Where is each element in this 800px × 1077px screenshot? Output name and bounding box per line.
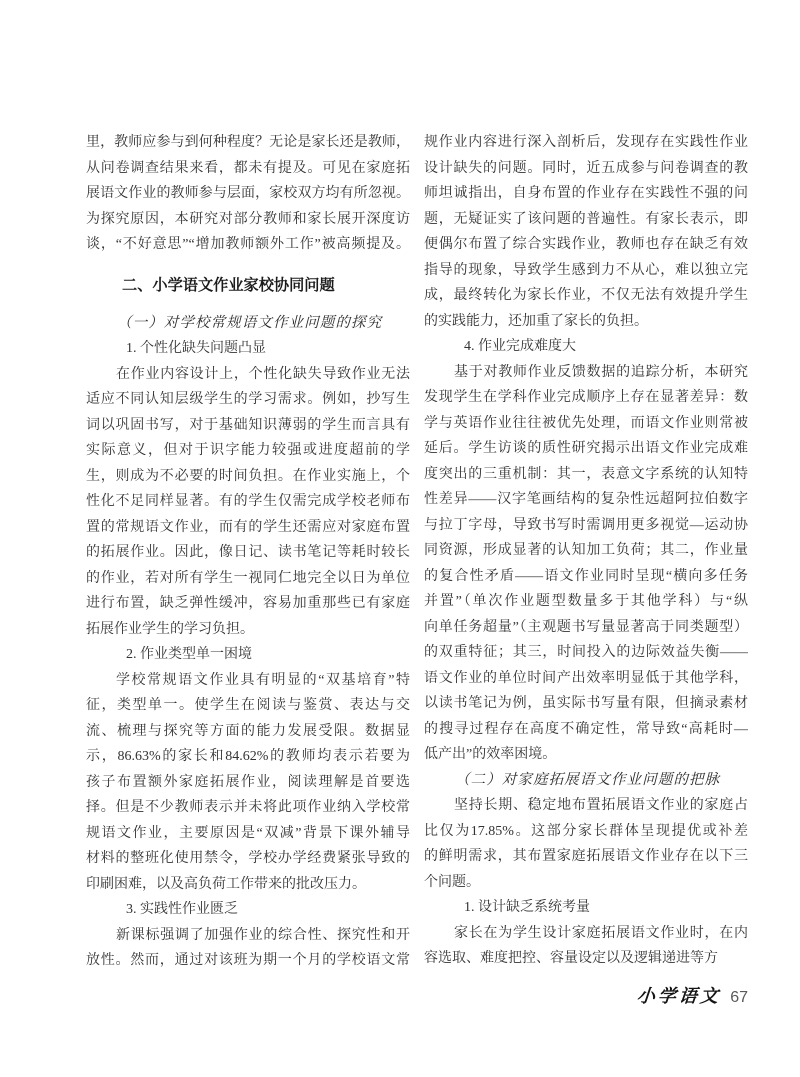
text-line: 展语文作业的教师参与层面，家校双方均有所忽视。 [86,181,410,207]
right-column: 规作业内容进行深入剖析后，发现存在实践性作业设计缺失的问题。同时，近五成参与问卷… [424,130,748,974]
text-line: 生，则成为不必要的时间负担。在作业实施上，个 [86,464,410,490]
text-line: 成，最终转化为家长作业，不仅无法有效提升学生 [424,283,748,309]
numbered-subheading: 4. 作业完成难度大 [424,334,748,360]
paragraph-last-line: 拓展作业学生的学习负担。 [86,617,410,643]
text-line: 征，类型单一。使学生在阅读与鉴赏、表达与交 [86,693,410,719]
text-line: 同资源，形成显著的认知加工负荷；其二，作业量 [424,538,748,564]
text-line: 进行布置，缺乏弹性缓冲，容易加重那些已有家庭 [86,591,410,617]
text-line: 材料的整班化使用禁令，学校办学经费紧张导致的 [86,846,410,872]
paragraph-last-line: 个问题。 [424,870,748,896]
paragraph-last-line: 印刷困难，以及高负荷工作带来的批改压力。 [86,872,410,898]
text-line: 指导的现象，导致学生感到力不从心，难以独立完 [424,258,748,284]
text-line: 的作业，若对所有学生一视同仁地完全以日为单位 [86,566,410,592]
text-line: 比仅为17.85%。这部分家长群体呈现提优或补差 [424,819,748,845]
text-line: 孩子布置额外家庭拓展作业，阅读理解是首要选 [86,770,410,796]
text-line: 里，教师应参与到何种程度？无论是家长还是教师， [86,130,410,156]
text-line: 置的常规语文作业，而有的学生还需应对家庭布置 [86,515,410,541]
text-line: 的拓展作业。因此，像日记、读书笔记等耗时较长 [86,540,410,566]
text-line: 的复合性矛盾——语文作业同时呈现“横向多任务 [424,564,748,590]
text-line: 性化不足同样显著。有的学生仅需完成学校老师布 [86,489,410,515]
paragraph-last-line: 容选取、难度把控、容量设定以及逻辑递进等方 [424,946,748,972]
text-line: 设计缺失的问题。同时，近五成参与问卷调查的教 [424,156,748,182]
text-line: 流、梳理与探究等方面的能力发展受限。数据显 [86,719,410,745]
paragraph-first-line: 学校常规语文作业具有明显的“双基培育”特 [86,668,410,694]
text-line: 择。但是不少教师表示并未将此项作业纳入学校常 [86,795,410,821]
text-line: 实际意义，但对于识字能力较强或进度超前的学 [86,438,410,464]
text-line: 谈，“不好意思”“增加教师额外工作”被高频提及。 [86,232,410,258]
text-line: 延后。学生访谈的质性研究揭示出语文作业完成难 [424,436,748,462]
text-line: 便偶尔布置了综合实践作业，教师也存在缺乏有效 [424,232,748,258]
paragraph-first-line: 新课标强调了加强作业的综合性、探究性和开 [86,923,410,949]
text-line: 为探究原因，本研究对部分教师和家长展开深度访 [86,207,410,233]
text-line: 发现学生在学科作业完成顺序上存在显著差异：数 [424,385,748,411]
paragraph-first-line: 基于对教师作业反馈数据的追踪分析，本研究 [424,360,748,386]
section-heading: 二、小学语文作业家校协同问题 [86,273,410,298]
journal-logo: 小学语文 [636,982,722,1008]
paragraph-first-line: 在作业内容设计上，个性化缺失导致作业无法 [86,362,410,388]
numbered-subheading: 2. 作业类型单一困境 [86,642,410,668]
paragraph-last-line: 低产出”的效率困境。 [424,742,748,768]
paragraph-first-line: 家长在为学生设计家庭拓展语文作业时，在内 [424,921,748,947]
text-line: 并置”（单次作业题型数量多于其他学科）与“纵 [424,589,748,615]
text-line: 规作业内容进行深入剖析后，发现存在实践性作业 [424,130,748,156]
paragraph-first-line: 坚持长期、稳定地布置拓展语文作业的家庭占 [424,793,748,819]
text-line: 师坦诚指出，自身布置的作业存在实践性不强的问 [424,181,748,207]
left-column: 里，教师应参与到何种程度？无论是家长还是教师，从问卷调查结果来看，都未有提及。可… [86,130,410,974]
article-body: 里，教师应参与到何种程度？无论是家长还是教师，从问卷调查结果来看，都未有提及。可… [86,130,748,974]
text-line: 度突出的三重机制：其一，表意文字系统的认知特 [424,462,748,488]
subsection-heading: （一）对学校常规语文作业问题的探究 [86,311,410,337]
text-line: 语文作业的单位时间产出效率明显低于其他学科， [424,666,748,692]
text-line: 学与英语作业往往被优先处理，而语文作业则常被 [424,411,748,437]
text-line: 性差异——汉字笔画结构的复杂性远超阿拉伯数字 [424,487,748,513]
text-line: 放性。然而，通过对该班为期一个月的学校语文常 [86,948,410,974]
text-line: 向单任务超量”（主观题书写量显著高于同类题型） [424,615,748,641]
page: 里，教师应参与到何种程度？无论是家长还是教师，从问卷调查结果来看，都未有提及。可… [0,0,800,1077]
text-line: 题，无疑证实了该问题的普遍性。有家长表示，即 [424,207,748,233]
text-line: 与拉丁字母，导致书写时需调用更多视觉—运动协 [424,513,748,539]
text-line: 词以巩固书写，对于基础知识薄弱的学生而言具有 [86,413,410,439]
page-footer: 小学语文 67 [637,982,748,1008]
text-line: 示，86.63%的家长和84.62%的教师均表示若要为 [86,744,410,770]
text-line: 从问卷调查结果来看，都未有提及。可见在家庭拓 [86,156,410,182]
text-line: 的双重特征；其三，时间投入的边际效益失衡—— [424,640,748,666]
text-line: 的鲜明需求，其布置家庭拓展语文作业存在以下三 [424,844,748,870]
text-line: 适应不同认知层级学生的学习需求。例如，抄写生 [86,387,410,413]
paragraph-last-line: 的实践能力，还加重了家长的负担。 [424,309,748,335]
numbered-subheading: 1. 设计缺乏系统考量 [424,895,748,921]
page-number: 67 [730,989,748,1007]
numbered-subheading: 3. 实践性作业匮乏 [86,897,410,923]
text-line: 规语文作业，主要原因是“双减”背景下课外辅导 [86,821,410,847]
subsection-heading: （二）对家庭拓展语文作业问题的把脉 [424,768,748,794]
numbered-subheading: 1. 个性化缺失问题凸显 [86,336,410,362]
text-line: 以读书笔记为例，虽实际书写量有限，但摘录素材 [424,691,748,717]
text-line: 的搜寻过程存在高度不确定性，常导致“高耗时— [424,717,748,743]
